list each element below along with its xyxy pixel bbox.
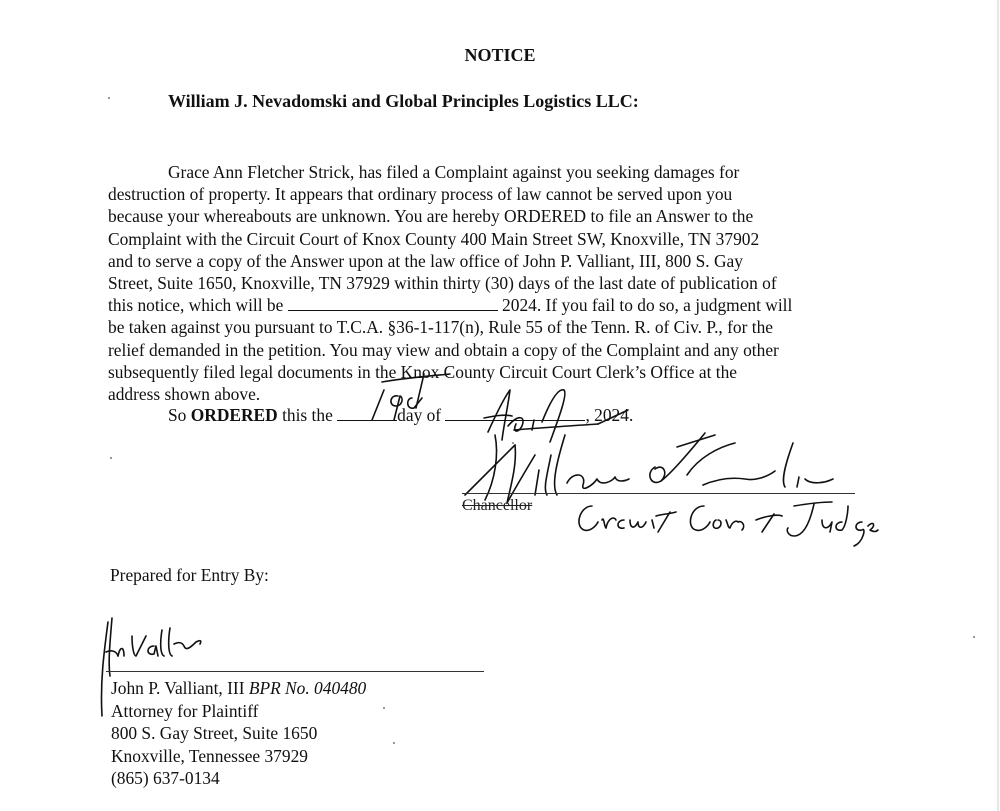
body-line: be taken against you pursuant to T.C.A. …	[108, 316, 878, 338]
attorney-address-line2: Knoxville, Tennessee 37929	[111, 745, 366, 768]
body-line-date: this notice, which will be 2024. If you …	[108, 294, 878, 316]
prepared-for-entry-label: Prepared for Entry By:	[110, 565, 269, 586]
document-title: NOTICE	[0, 45, 1000, 66]
scan-speck	[108, 97, 110, 99]
scan-speck	[393, 742, 395, 744]
order-this-the: this the	[282, 405, 333, 425]
attorney-address-line1: 800 S. Gay Street, Suite 1650	[111, 722, 366, 745]
page-edge	[997, 0, 999, 811]
body-line: relief demanded in the petition. You may…	[108, 339, 878, 361]
salutation: William J. Nevadomski and Global Princip…	[168, 91, 639, 112]
scan-speck	[973, 636, 975, 638]
scan-speck	[383, 707, 385, 709]
body-line: destruction of property. It appears that…	[108, 183, 878, 205]
chancellor-struck-title: Chancellor	[462, 497, 532, 515]
body-line: because your whereabouts are unknown. Yo…	[108, 205, 878, 227]
attorney-bpr-number: BPR No. 040480	[249, 678, 366, 698]
attorney-role: Attorney for Plaintiff	[111, 700, 366, 723]
handwritten-day-19th	[350, 368, 470, 428]
body-line: Street, Suite 1650, Knoxville, TN 37929 …	[108, 272, 878, 294]
handwritten-circuit-court-judge	[570, 492, 880, 552]
order-ordered: ORDERED	[191, 405, 278, 425]
body-line: Complaint with the Circuit Court of Knox…	[108, 228, 878, 250]
scan-speck	[512, 442, 514, 444]
date-line-suffix: 2024. If you fail to do so, a judgment w…	[502, 295, 792, 315]
attorney-phone: (865) 637-0134	[111, 767, 366, 790]
attorney-block: John P. Valliant, III BPR No. 040480 Att…	[111, 677, 366, 790]
scan-speck	[110, 457, 112, 459]
attorney-signature-line	[106, 671, 484, 672]
publication-date-blank	[288, 296, 498, 311]
notice-body: Grace Ann Fletcher Strick, has filed a C…	[108, 161, 878, 405]
attorney-name: John P. Valliant, III	[111, 678, 249, 698]
order-prefix: So	[168, 405, 186, 425]
date-line-prefix: this notice, which will be	[108, 295, 283, 315]
body-line: Grace Ann Fletcher Strick, has filed a C…	[108, 161, 878, 183]
body-line: and to serve a copy of the Answer upon a…	[108, 250, 878, 272]
attorney-name-line: John P. Valliant, III BPR No. 040480	[111, 677, 366, 700]
